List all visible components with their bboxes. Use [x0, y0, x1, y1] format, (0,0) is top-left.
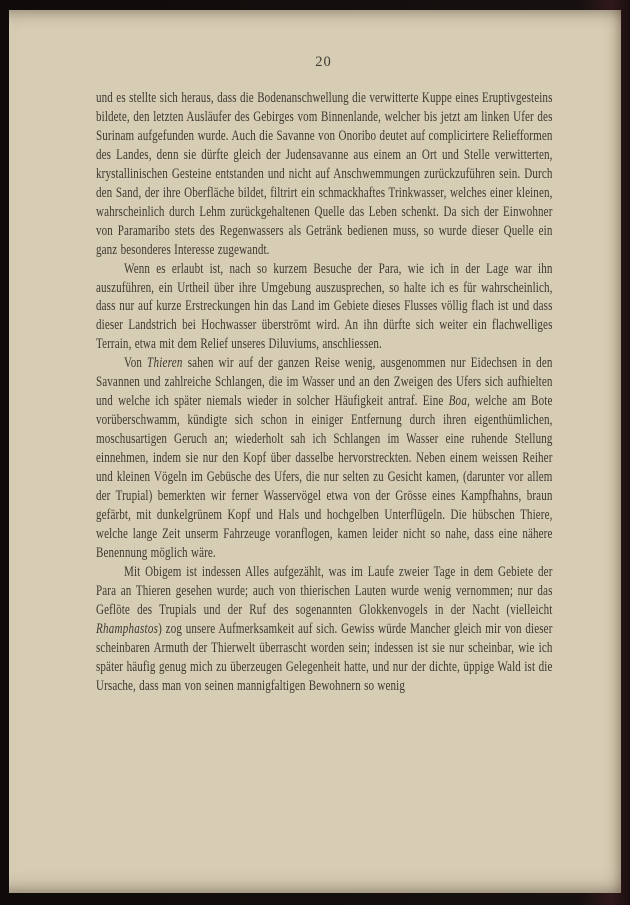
paragraph: Von Thieren sahen wir auf der ganzen Rei… [96, 354, 552, 562]
italic-text: Boa [449, 393, 468, 409]
page-text: und es stellte sich heraus, dass die Bod… [96, 89, 552, 696]
scan-background: 20 und es stellte sich heraus, dass die … [0, 0, 630, 905]
body-text: , welche am Bote vorüberschwamm, kündigt… [96, 393, 552, 561]
body-text: Mit Obigem ist indessen Alles aufgezählt… [96, 564, 552, 618]
italic-text: Rhamphastos [96, 621, 158, 637]
body-text: und es stellte sich heraus, dass die Bod… [96, 90, 552, 258]
page-number: 20 [95, 54, 552, 71]
body-text: ) zog unsere Aufmerksamkeit auf sich. Ge… [96, 621, 552, 694]
body-text: Von [124, 355, 147, 371]
italic-text: Thieren [147, 355, 183, 371]
paragraph: Mit Obigem ist indessen Alles aufgezählt… [96, 563, 552, 696]
paragraph: und es stellte sich heraus, dass die Bod… [96, 89, 552, 260]
book-page: 20 und es stellte sich heraus, dass die … [9, 10, 621, 893]
body-text: Wenn es erlaubt ist, nach so kurzem Besu… [96, 261, 552, 353]
paragraph: Wenn es erlaubt ist, nach so kurzem Besu… [96, 260, 552, 355]
